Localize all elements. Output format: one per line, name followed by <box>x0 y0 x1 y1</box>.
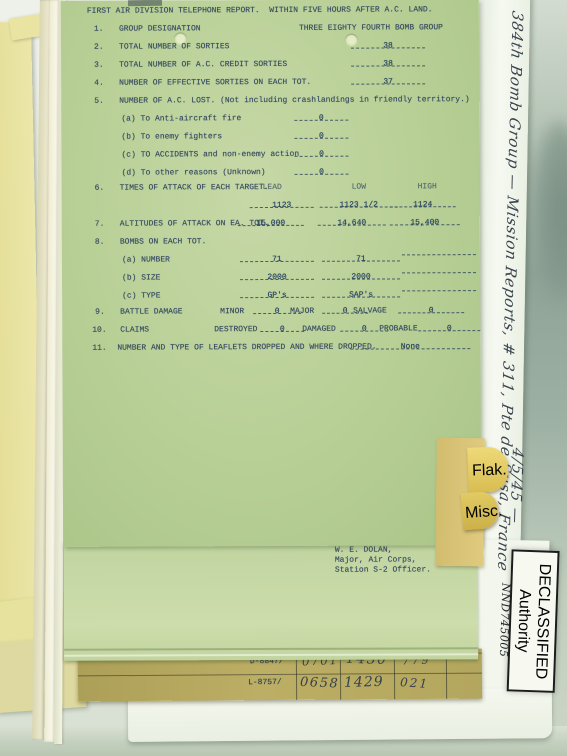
q2-value: 38 <box>353 41 423 51</box>
q11-num: 11. <box>92 344 106 354</box>
q5-label: NUMBER OF A.C. LOST. (Not including cras… <box>119 95 470 107</box>
q4-value: 37 <box>353 77 423 87</box>
sheet-edge-1 <box>64 647 478 650</box>
q8a-low: 71 <box>324 254 398 264</box>
q4-num: 4. <box>94 79 104 89</box>
q8c-low: SAP's <box>324 290 398 300</box>
declassified-stamp: DECLASSIFIED Authority NND745005 <box>507 549 560 693</box>
q7-num: 7. <box>95 220 105 230</box>
q3-num: 3. <box>94 61 104 71</box>
q7-value-low: 14,640 <box>320 219 384 229</box>
q6-num: 6. <box>95 184 105 194</box>
log-row2-time2: 1429 <box>344 674 384 691</box>
q11-label: NUMBER AND TYPE OF LEAFLETS DROPPED AND … <box>117 343 376 354</box>
top-edge-smudge <box>128 0 162 6</box>
signature-title: Station S-2 Officer. <box>335 565 431 575</box>
q2-num: 2. <box>94 43 104 53</box>
log-row2-id: L-8757/ <box>248 678 282 688</box>
q10-label: CLAIMS <box>120 326 149 336</box>
q1-label: GROUP DESIGNATION <box>119 24 201 34</box>
report-title: FIRST AIR DIVISION TELEPHONE REPORT. WIT… <box>87 5 433 17</box>
signature-rank: Major, Air Corps, <box>335 555 417 565</box>
q8c-lead: GP's <box>242 291 312 301</box>
declassified-authority-number: NND745005 <box>497 583 513 658</box>
q9-field2-key: MAJOR <box>290 307 314 317</box>
q6-value-low: 1123 1/2 <box>322 200 396 210</box>
q3-label: TOTAL NUMBER OF A.C. CREDIT SORTIES <box>119 60 287 71</box>
tab-flak-label: Flak. <box>472 461 507 480</box>
q6-col-low: LOW <box>352 183 366 193</box>
q8c-label: (c) TYPE <box>122 291 160 301</box>
declassified-title: DECLASSIFIED <box>531 552 554 691</box>
q8b-label: (b) SIZE <box>122 273 160 283</box>
report-page: FIRST AIR DIVISION TELEPHONE REPORT. WIT… <box>61 0 481 547</box>
declassified-authority-row: Authority NND745005 <box>494 551 535 690</box>
q7-value-lead: 15,000 <box>240 219 302 229</box>
q5a-value: 0 <box>296 114 346 124</box>
q3-value: 38 <box>353 59 423 69</box>
q10-field3-key: PROBABLE <box>379 324 417 334</box>
q9-num: 9. <box>95 308 105 318</box>
q6-col-lead: LEAD <box>263 183 282 193</box>
q6-value-high: 1124 <box>392 200 454 210</box>
q1-value: THREE EIGHTY FOURTH BOMB GROUP <box>299 23 443 34</box>
q4-label: NUMBER OF EFFECTIVE SORTIES ON EACH TOT. <box>119 78 311 89</box>
q6-label: TIMES OF ATTACK OF EACH TARGET. <box>120 183 269 194</box>
q9-field3-key: SALVAGE <box>353 306 387 316</box>
signature-name: W. E. DOLAN, <box>335 546 393 556</box>
q5b-label: (b) To enemy fighters <box>121 132 222 142</box>
q9-field1-key: MINOR <box>220 307 244 317</box>
q8b-lead: 2000 <box>242 273 312 283</box>
q9-field3-value: 0 <box>400 306 462 316</box>
q10-field2-key: DAMAGED <box>302 325 336 335</box>
q8-label: BOMBS ON EACH TOT. <box>120 237 206 247</box>
q8a-lead: 71 <box>242 255 312 265</box>
sheet-edge-2 <box>64 653 478 656</box>
q5-num: 5. <box>94 97 104 107</box>
q5d-value: 0 <box>297 168 347 178</box>
q1-num: 1. <box>94 25 104 35</box>
photographed-document-scene: 384th Bomb Group — Mission Reports, # 31… <box>0 0 567 756</box>
tab-flak: Flak. <box>467 446 509 492</box>
q10-field3-value: 0 <box>420 324 478 334</box>
q5b-value: 0 <box>296 132 346 142</box>
q6-value-lead: 1123 <box>252 201 312 211</box>
declassified-authority-label: Authority <box>514 589 533 653</box>
q8b-low: 2000 <box>324 272 398 282</box>
declassified-stamp-wrapper: DECLASSIFIED Authority NND745005 <box>498 549 559 701</box>
q8-num: 8. <box>95 238 105 248</box>
date-note-handwriting: 4/5/45 — <box>506 446 527 526</box>
q10-field1-key: DESTROYED <box>214 325 257 335</box>
signature-sheet: W. E. DOLAN, Major, Air Corps, Station S… <box>64 539 478 660</box>
q5c-label: (c) TO ACCIDENTS and non-enemy action <box>121 150 299 161</box>
q5a-label: (a) To Anti-aircraft fire <box>121 114 241 125</box>
q6-col-high: HIGH <box>418 182 437 192</box>
tab-misc-label: Misc. <box>465 502 503 523</box>
q8a-label: (a) NUMBER <box>122 255 170 265</box>
q11-value: None <box>352 342 468 353</box>
q10-field1-value: 0 <box>262 325 302 335</box>
q2-label: TOTAL NUMBER OF SORTIES <box>119 42 229 52</box>
q7-value-high: 15,400 <box>392 218 458 228</box>
log-row2-time3: 021 <box>400 675 430 691</box>
q5d-label: (d) To other reasons (Unknown) <box>122 168 266 179</box>
log-row2-time1: 0658 <box>300 675 340 692</box>
q10-num: 10. <box>92 326 106 336</box>
q5c-value: 0 <box>296 150 346 160</box>
q9-label: BATTLE DAMAGE <box>120 307 182 317</box>
